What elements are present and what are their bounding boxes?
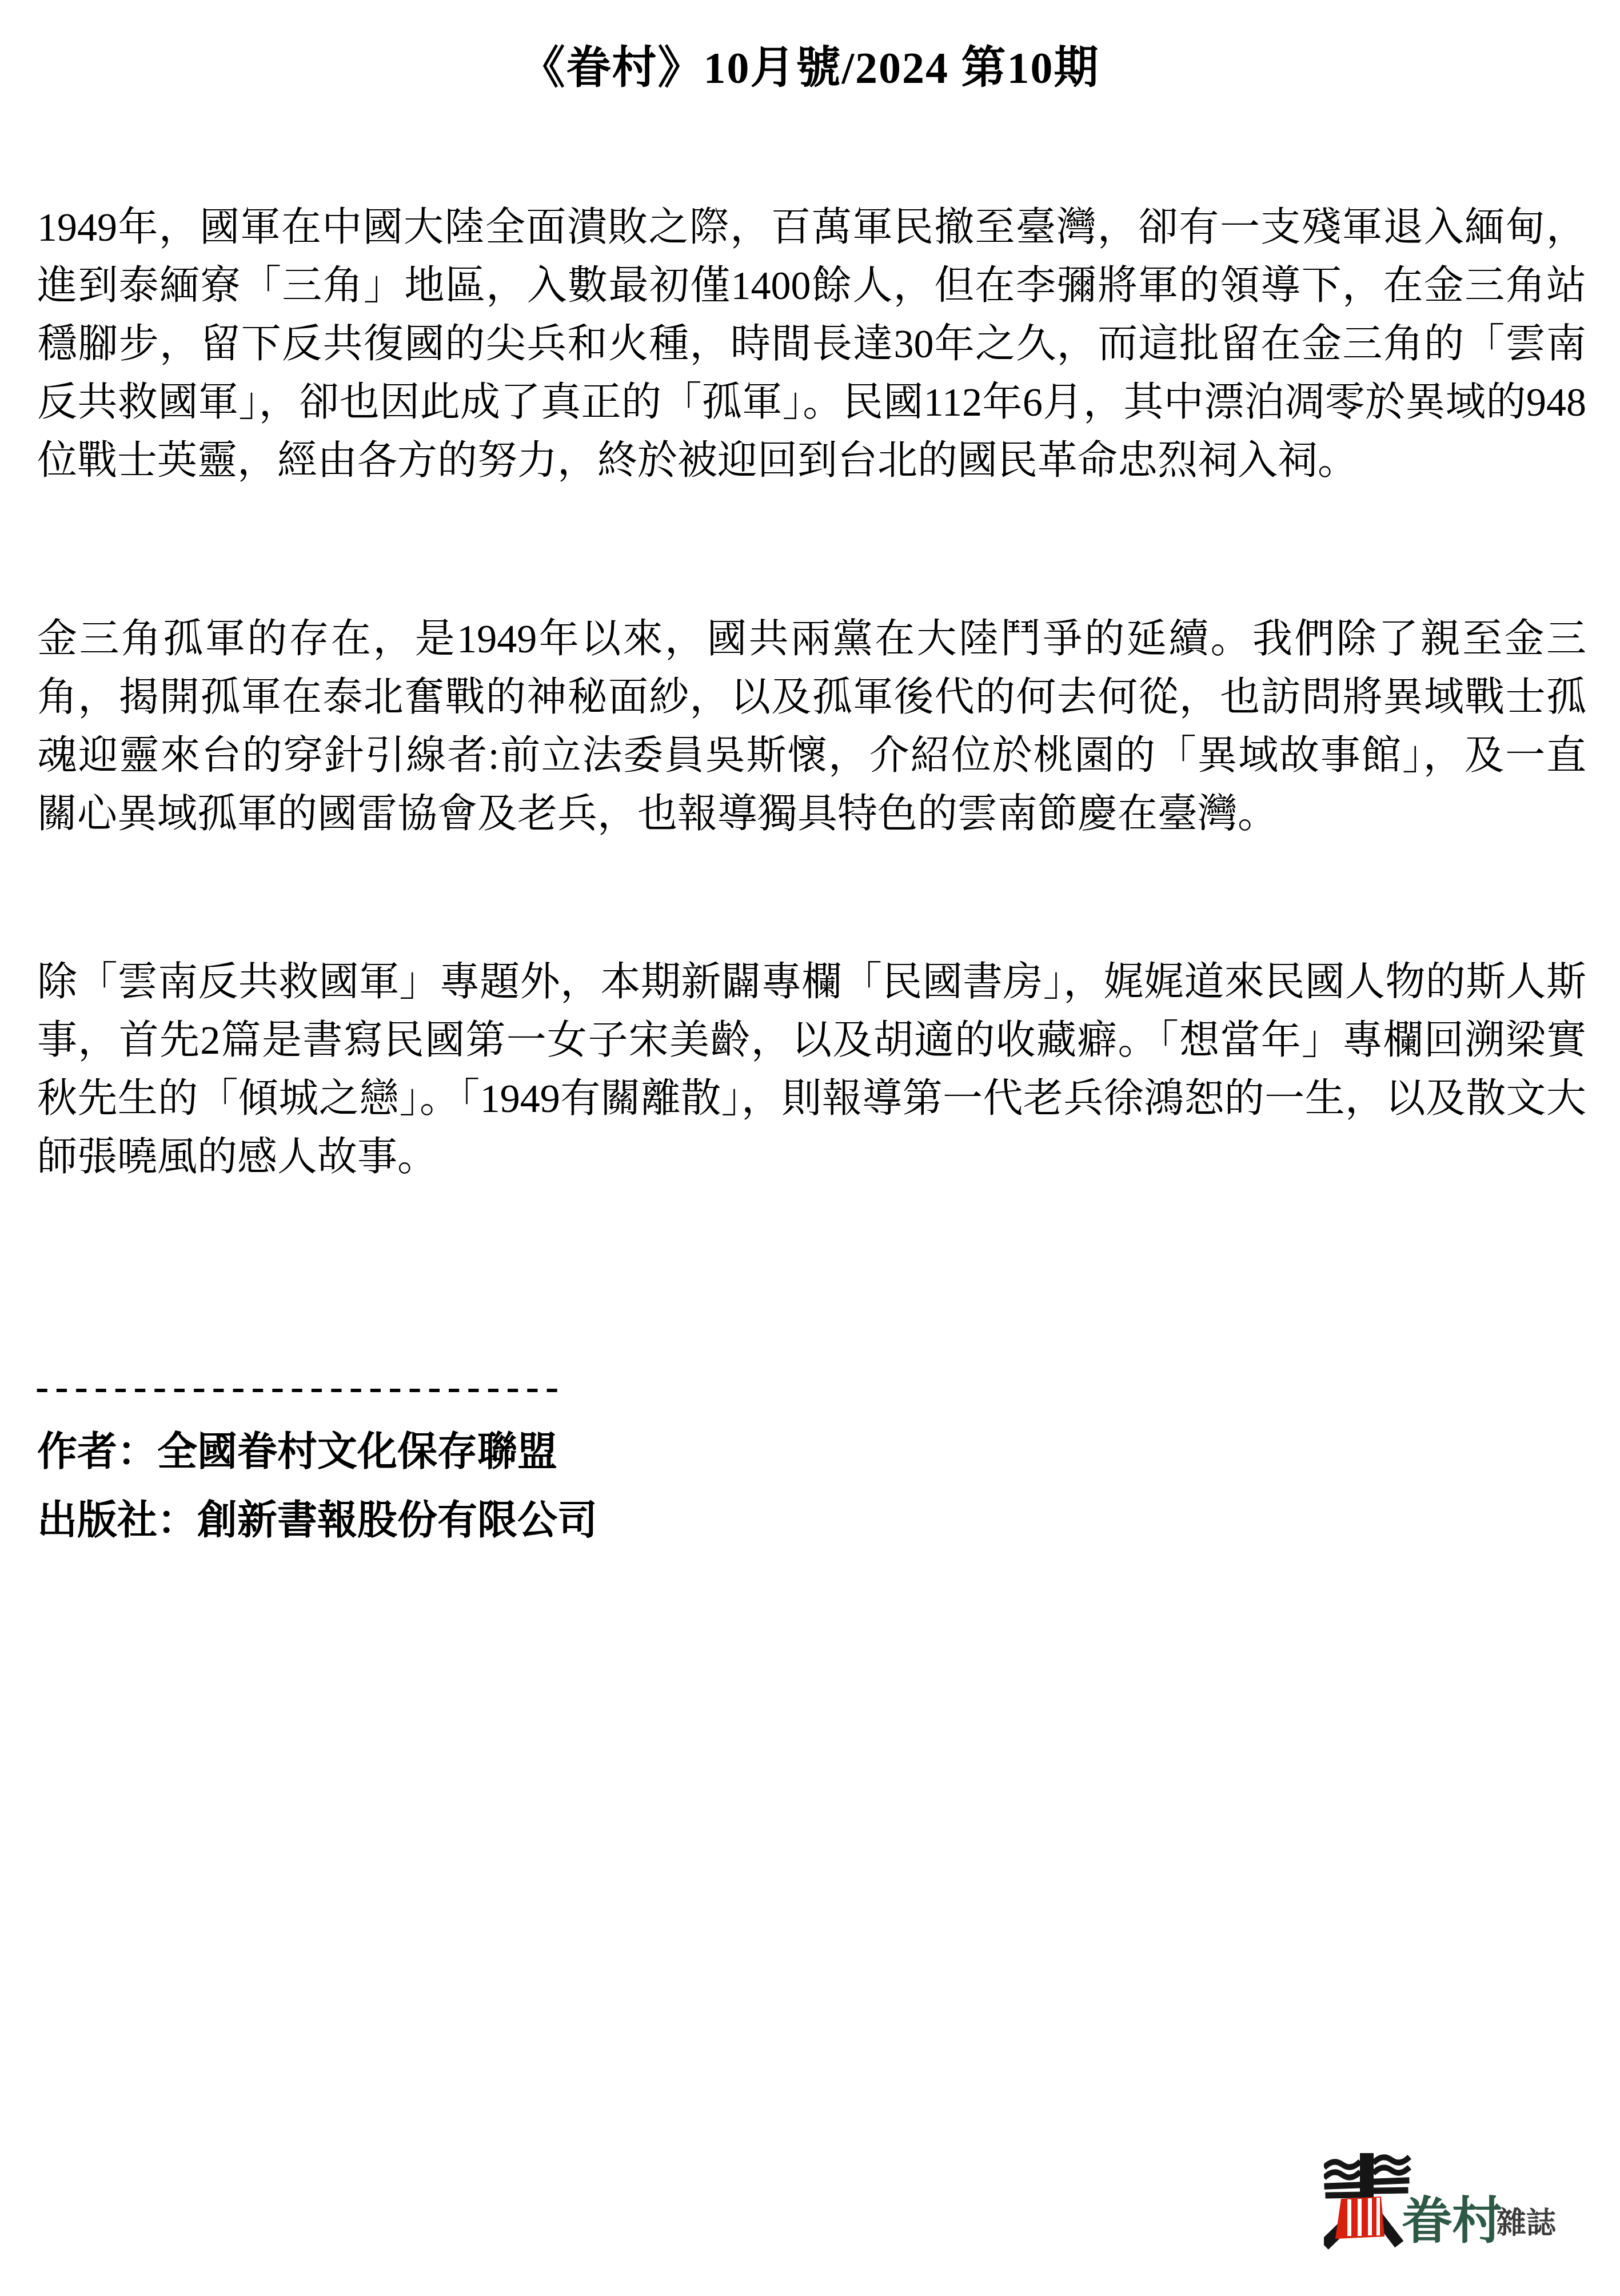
magazine-logo: 眷村 雜誌 <box>1324 2138 1587 2264</box>
page-title: 《眷村》10月號/2024 第10期 <box>0 43 1620 93</box>
logo-door-block <box>1335 2197 1384 2239</box>
logo-suffix-text: 雜誌 <box>1497 2207 1557 2240</box>
publisher-line: 出版社：創新書報股份有限公司 <box>37 1492 597 1550</box>
feature-paragraph: 金三角孤軍的存在，是1949年以來，國共兩黨在大陸鬥爭的延續。我們除了親至金三角… <box>37 611 1586 844</box>
magazine-issue-page: 《眷村》10月號/2024 第10期 1949年，國軍在中國大陸全面潰敗之際，百… <box>0 0 1620 2296</box>
magazine-logo-icon: 眷村 雜誌 <box>1324 2138 1587 2264</box>
dashed-divider: --------------------------- <box>35 1358 565 1417</box>
author-line: 作者：全國眷村文化保存聯盟 <box>37 1424 557 1482</box>
intro-paragraph: 1949年，國軍在中國大陸全面潰敗之際，百萬軍民撤至臺灣，卻有一支殘軍退入緬甸，… <box>37 199 1586 491</box>
columns-paragraph: 除「雲南反共救國軍」專題外，本期新闢專欄「民國書房」，娓娓道來民國人物的斯人斯事… <box>37 954 1586 1187</box>
logo-wordmark-text: 眷村 <box>1402 2194 1502 2249</box>
